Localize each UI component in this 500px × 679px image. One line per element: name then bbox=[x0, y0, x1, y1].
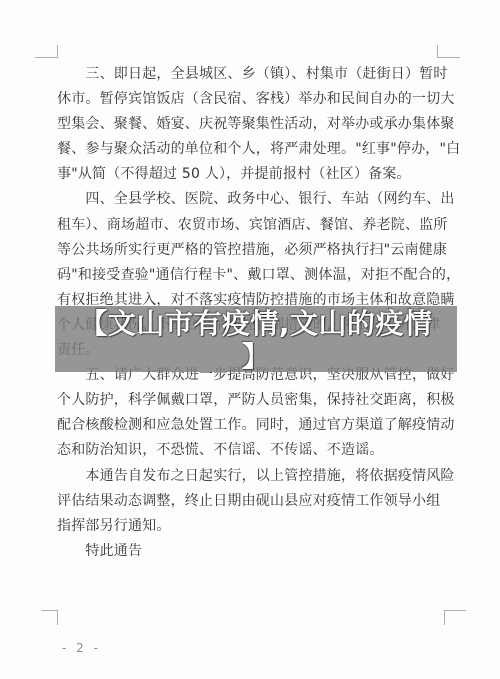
doc-line: 餐、参与聚众活动的单位和个人，将严肃处理。"红事"停办，"白 bbox=[57, 137, 451, 162]
doc-line: 租车）、商场超市、农贸市场、宾馆酒店、餐馆、养老院、监所 bbox=[57, 213, 451, 238]
doc-line: 四、全县学校、医院、政务中心、银行、车站（网约车、出 bbox=[57, 187, 451, 212]
page-number: - 2 - bbox=[62, 641, 101, 655]
doc-line: 型集会、聚餐、婚宴、庆祝等聚集性活动，对举办或承办集体聚 bbox=[57, 112, 451, 137]
crop-mark-top-left bbox=[35, 45, 58, 58]
watermark-line-2: 】 bbox=[242, 340, 271, 373]
doc-line: 本通告自发布之日起实行，以上管控措施，将依据疫情风险 bbox=[57, 464, 451, 489]
doc-line: 码"和接受查验"通信行程卡"、戴口罩、测体温，对拒不配合的， bbox=[57, 263, 451, 288]
doc-line: 等公共场所实行更严格的管控措施，必须严格执行扫"云南健康 bbox=[57, 238, 451, 263]
document-photo: 三、即日起，全县城区、乡（镇）、村集市（赶街日）暂时 休市。暂停宾馆饭店（含民宿… bbox=[0, 0, 500, 679]
doc-line: 三、即日起，全县城区、乡（镇）、村集市（赶街日）暂时 bbox=[57, 62, 451, 87]
doc-line: 个人防护，科学佩戴口罩，严防人员密集，保持社交距离，积极 bbox=[57, 388, 451, 413]
crop-mark-bottom-left bbox=[42, 610, 58, 625]
watermark: 【文山市有疫情,文山的疫情 】 bbox=[55, 307, 457, 373]
doc-line: 休市。暂停宾馆饭店（含民宿、客栈）举办和民间自办的一切大 bbox=[57, 87, 451, 112]
watermark-line-1: 【文山市有疫情,文山的疫情 bbox=[79, 307, 432, 340]
doc-line: 事"从简（不得超过 50 人），并提前报村（社区）备案。 bbox=[57, 162, 451, 187]
crop-mark-bottom-right bbox=[444, 610, 466, 625]
doc-line: 特此通告 bbox=[57, 539, 451, 564]
watermark-band: 【文山市有疫情,文山的疫情 】 bbox=[55, 306, 457, 372]
doc-line: 态和防治知识，不恐慌、不信谣、不传谣、不造谣。 bbox=[57, 438, 451, 463]
crop-mark-top-right bbox=[437, 45, 460, 58]
doc-line: 配合核酸检测和应急处置工作。同时，通过官方渠道了解疫情动 bbox=[57, 413, 451, 438]
doc-line: 评估结果动态调整，终止日期由砚山县应对疫情工作领导小组 bbox=[57, 489, 451, 514]
doc-line: 指挥部另行通知。 bbox=[57, 514, 451, 539]
